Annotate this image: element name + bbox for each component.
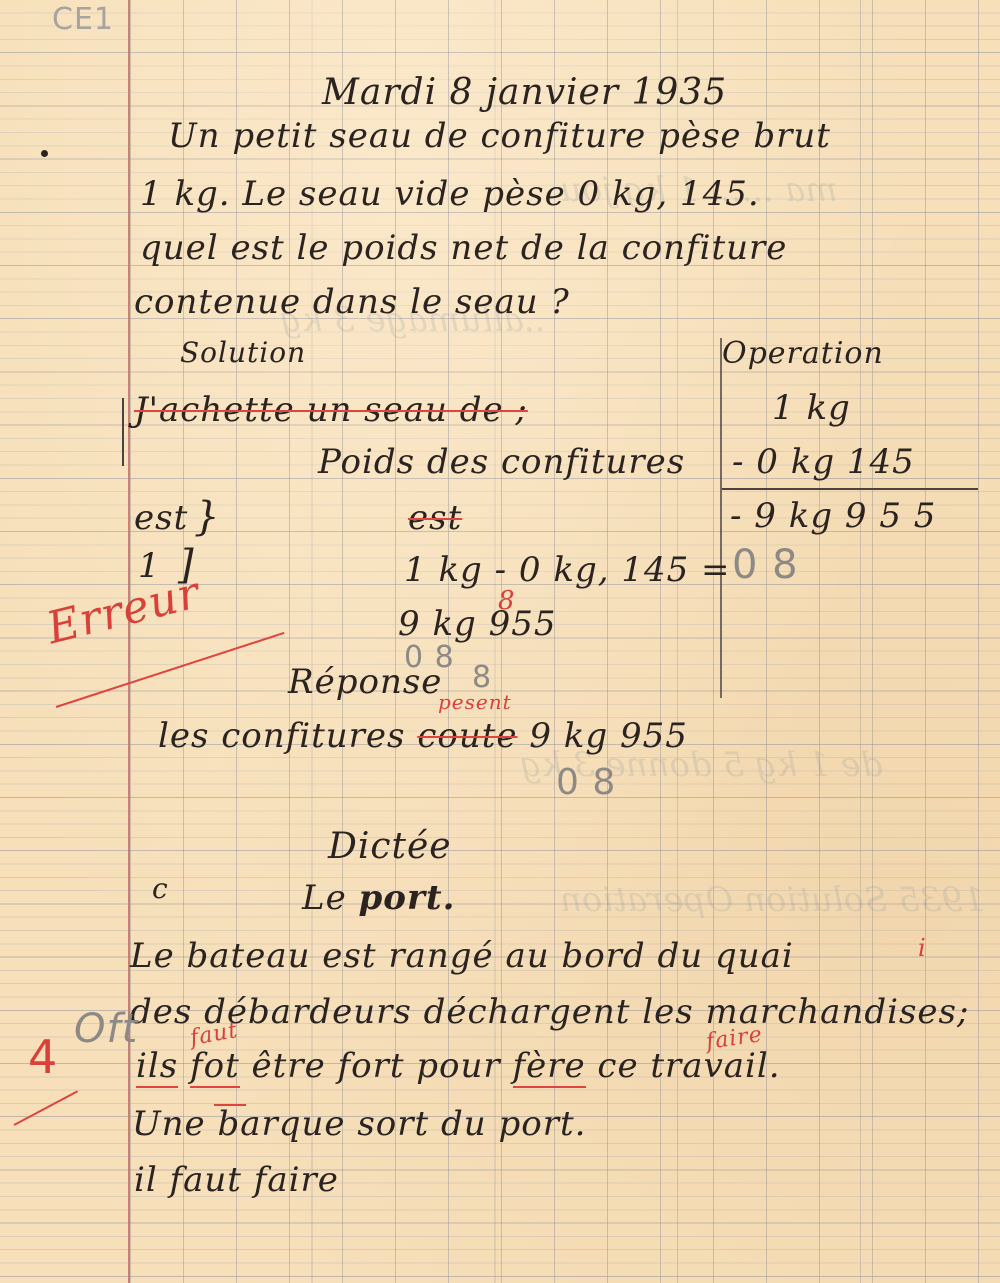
problem-line-4: contenue dans le seau ? — [134, 282, 570, 322]
dictation-line-3-mid: être fort pour — [252, 1046, 501, 1086]
dictation-line-5: il faut faire — [134, 1160, 339, 1200]
dictation-error-mark — [214, 1104, 246, 1106]
date-header: Mardi 8 janvier 1935 — [322, 72, 727, 113]
problem-line-1: Un petit seau de confiture pèse brut — [168, 116, 831, 156]
answer-heading: Réponse — [288, 662, 442, 702]
problem-line-2: 1 kg. Le seau vide pèse 0 kg, 145. — [140, 174, 760, 214]
solution-result: 9 kg 955 — [398, 604, 557, 644]
struck-est: est — [408, 498, 462, 538]
dictation-line-2: des débardeurs déchargent les marchandis… — [130, 992, 969, 1032]
result-red-correction: 8 — [498, 586, 516, 616]
dictation-line-3: ils fot être fort pour fère ce travail. — [136, 1046, 781, 1086]
dictation-error-ils: ils — [136, 1046, 178, 1088]
operation-line-3: - 9 kg 9 5 5 — [730, 496, 936, 536]
dictation-title-word: port. — [359, 878, 456, 918]
margin-bracket — [122, 398, 124, 466]
error-label: Erreur — [42, 567, 205, 654]
answer-value: 9 kg 955 — [529, 716, 688, 756]
answer-struck-word: coute — [417, 716, 517, 756]
grade-red-stroke — [14, 1090, 79, 1126]
operation-column-divider — [720, 338, 722, 698]
dictation-line-1-red-mark: i — [918, 934, 927, 962]
bullet-point — [41, 150, 48, 157]
dictation-line-3-end: ce travail. — [597, 1046, 780, 1086]
dictation-error-fot: fot — [190, 1046, 240, 1088]
solution-poids-line: Poids des confitures — [318, 442, 685, 482]
dictation-line-1: Le bateau est rangé au bord du quai — [130, 936, 794, 976]
dictation-title: Le port. — [302, 878, 455, 918]
red-margin-line — [128, 0, 130, 1283]
dictation-grade-pencil: Oft — [74, 1006, 138, 1052]
dictation-margin-mark: c — [152, 872, 169, 905]
operation-line-2: - 0 kg 145 — [732, 442, 915, 482]
solution-calculation: 1 kg - 0 kg, 145 = — [404, 550, 731, 590]
solution-heading: Solution — [180, 336, 306, 369]
problem-line-3: quel est le poids net de la confiture — [140, 228, 787, 268]
dictation-title-prefix: Le — [302, 878, 347, 918]
bleed-through-text: 1935 Solution Operation — [560, 880, 985, 920]
answer-red-correction: pesent — [438, 690, 512, 714]
bracket-mark: } — [194, 494, 220, 540]
struck-solution-line: J'achette un seau de ; — [134, 390, 528, 430]
solution-left-est: est — [134, 498, 188, 538]
answer-prefix: les confitures — [158, 716, 406, 756]
dictation-grade-red: 4 — [28, 1030, 58, 1084]
dictation-heading: Dictée — [328, 826, 452, 867]
dictation-line-4: Une barque sort du port. — [132, 1104, 586, 1144]
class-level-note: CE1 — [52, 2, 114, 37]
operation-line-1: 1 kg — [772, 388, 851, 428]
answer-line: les confitures coute 9 kg 955 — [158, 716, 688, 756]
operation-heading: Operation — [722, 336, 884, 371]
operation-pencil-correction: 0 8 — [732, 542, 799, 588]
answer-pencil-correction: 0 8 — [556, 762, 616, 803]
dictation-error-fere: fère — [513, 1046, 586, 1088]
operation-subtraction-rule — [722, 488, 978, 490]
